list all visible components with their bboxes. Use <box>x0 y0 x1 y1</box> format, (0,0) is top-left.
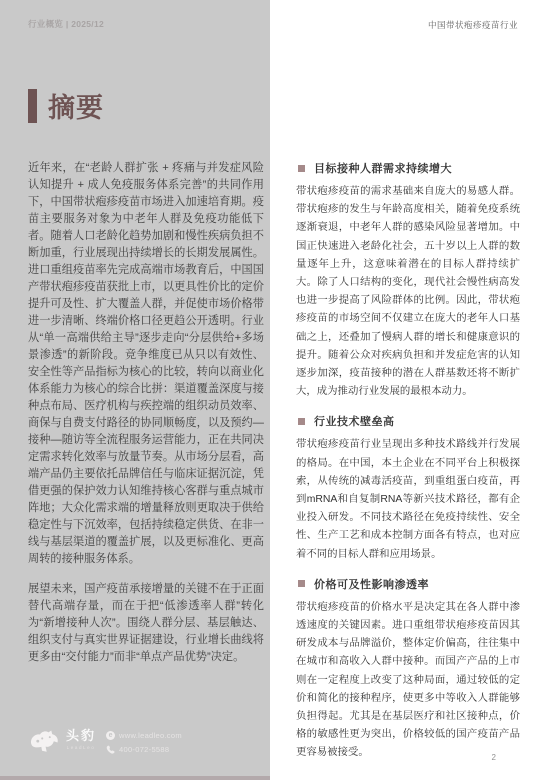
header-edition: 行业概览 | 2025/12 <box>28 18 104 30</box>
section-heading: 行业技术壁垒高 <box>296 413 520 429</box>
leadleo-leopard-logo-icon <box>28 729 60 755</box>
website-row: e www.leadleo.com <box>106 729 182 741</box>
section-body: 带状疱疹疫苗的需求基础来自庞大的易感人群。带状疱疹的发生与年龄高度相关，随着免疫… <box>296 183 520 401</box>
section-target-population: 目标接种人群需求持续增大 带状疱疹疫苗的需求基础来自庞大的易感人群。带状疱疹的发… <box>296 160 520 401</box>
section-heading-text: 行业技术壁垒高 <box>314 413 395 429</box>
section-body: 带状疱疹疫苗行业呈现出多种技术路线并行发展的格局。在中国，本土企业在不同平台上积… <box>296 436 520 563</box>
report-page: 行业概览 | 2025/12 中国带状疱疹疫苗行业 摘要 近年来，在“老龄人群扩… <box>0 0 540 780</box>
square-bullet-icon <box>298 418 305 425</box>
phone-icon <box>106 745 115 754</box>
square-bullet-icon <box>298 165 305 172</box>
section-heading: 价格可及性影响渗透率 <box>296 576 520 592</box>
summary-paragraph: 近年来，在“老龄人群扩张 + 疼痛与并发症风险认知提升 + 成人免疫服务体系完善… <box>28 160 264 568</box>
section-heading: 目标接种人群需求持续增大 <box>296 160 520 176</box>
section-body: 带状疱疹疫苗的价格水平是决定其在各人群中渗透速度的关键因素。进口重组带状疱疹疫苗… <box>296 599 520 763</box>
brand-block: 头豹 LeadLeo <box>66 729 96 750</box>
summary-paragraph: 展望未来，国产疫苗承接增量的关键不在于正面替代高端存量，而在于把“低渗透率人群”… <box>28 581 264 666</box>
summary-right-column: 目标接种人群需求持续增大 带状疱疹疫苗的需求基础来自庞大的易感人群。带状疱疹的发… <box>296 160 520 775</box>
summary-left-column: 近年来，在“老龄人群扩张 + 疼痛与并发症风险认知提升 + 成人免疫服务体系完善… <box>28 160 264 679</box>
title-accent-bar <box>28 89 37 123</box>
phone-row: 400-072-5588 <box>106 743 182 755</box>
brand-name: 头豹 <box>66 729 96 743</box>
phone-number: 400-072-5588 <box>119 745 169 754</box>
website-link[interactable]: www.leadleo.com <box>119 731 182 740</box>
page-number: 2 <box>492 753 496 762</box>
section-tech-barrier: 行业技术壁垒高 带状疱疹疫苗行业呈现出多种技术路线并行发展的格局。在中国，本土企… <box>296 413 520 563</box>
globe-icon: e <box>106 731 115 740</box>
page-title-text: 摘要 <box>48 86 104 125</box>
square-bullet-icon <box>298 580 305 587</box>
bottom-rule <box>0 776 270 780</box>
section-heading-text: 价格可及性影响渗透率 <box>314 576 429 592</box>
page-title: 摘要 <box>28 86 104 125</box>
brand-subtitle: LeadLeo <box>67 745 96 750</box>
footer: 头豹 LeadLeo e www.leadleo.com 400-072-558… <box>28 729 182 757</box>
section-heading-text: 目标接种人群需求持续增大 <box>314 160 452 176</box>
header-industry-title: 中国带状疱疹疫苗行业 <box>428 19 518 31</box>
contact-block: e www.leadleo.com 400-072-5588 <box>106 729 182 757</box>
section-price-accessibility: 价格可及性影响渗透率 带状疱疹疫苗的价格水平是决定其在各人群中渗透速度的关键因素… <box>296 576 520 763</box>
